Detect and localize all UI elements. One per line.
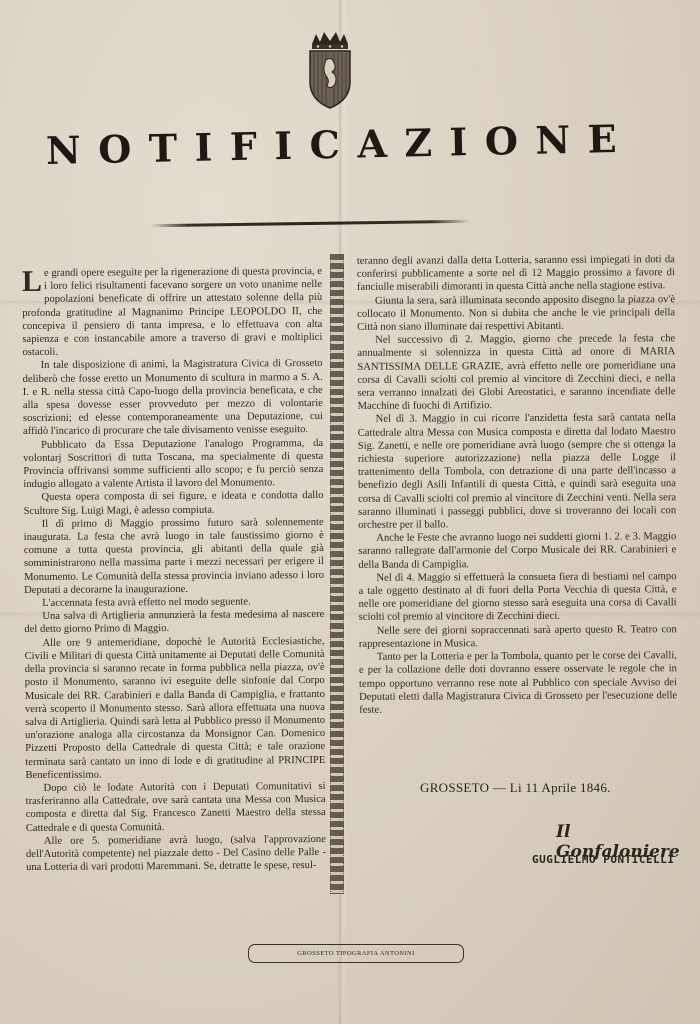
notice-title: NOTIFICAZIONE [46, 115, 647, 173]
signature-name: GUGLIELMO PONTICELLI [532, 853, 674, 866]
right-text-column: teranno degli avanzi dalla detta Lotteri… [357, 253, 677, 717]
paragraph: Alle ore 9 antemeridiane, dopochè le Aut… [24, 635, 325, 782]
left-text-column: Le grandi opere eseguite per la rigenera… [22, 265, 326, 874]
paragraph: Le grandi opere eseguite per la rigenera… [22, 265, 323, 360]
date-line: GROSSETO — Li 11 Aprile 1846. [420, 780, 611, 796]
drop-cap: L [22, 269, 42, 295]
paragraph: Il dì primo di Maggio prossimo futuro sa… [24, 516, 325, 597]
paragraph: Giunta la sera, sarà illuminata secondo … [357, 293, 675, 334]
paragraph: Tanto per la Lotteria e per la Tombola, … [359, 649, 677, 717]
title-divider-rule [150, 220, 470, 227]
paragraph: Nelle sere dei giorni sopraccennati sarà… [359, 623, 677, 651]
paragraph: Nel dì 4. Maggio si effettuerà la consue… [358, 570, 676, 624]
paragraph: Alle ore 5. pomeridiane avrà luogo, (sal… [26, 833, 326, 875]
paragraph: Anche le Feste che avranno luogo nei sud… [358, 530, 676, 571]
paragraph: Una salva di Artiglieria annunzierà la f… [24, 608, 324, 637]
printer-imprint: GROSSETO TIPOGRAFIA ANTONINI [248, 944, 464, 963]
paragraph: Dopo ciò le lodate Autorità con i Deputa… [25, 780, 325, 835]
notice-sheet: NOTIFICAZIONE Le grandi opere eseguite p… [0, 0, 700, 1024]
paragraph: teranno degli avanzi dalla detta Lotteri… [357, 253, 675, 294]
coat-of-arms-icon [304, 30, 356, 110]
ornamental-column-divider [330, 254, 344, 894]
paragraph: Questa opera composta di sei figure, e i… [23, 489, 323, 517]
paragraph: Pubblicato da Essa Deputazione l'analogo… [23, 437, 323, 492]
paragraph: In tale disposizione di animi, la Magist… [23, 357, 324, 438]
paragraph: Nel dì 3. Maggio in cui ricorre l'anzide… [358, 412, 677, 532]
paragraph: Nel successivo dì 2. Maggio, giorno che … [357, 332, 675, 413]
